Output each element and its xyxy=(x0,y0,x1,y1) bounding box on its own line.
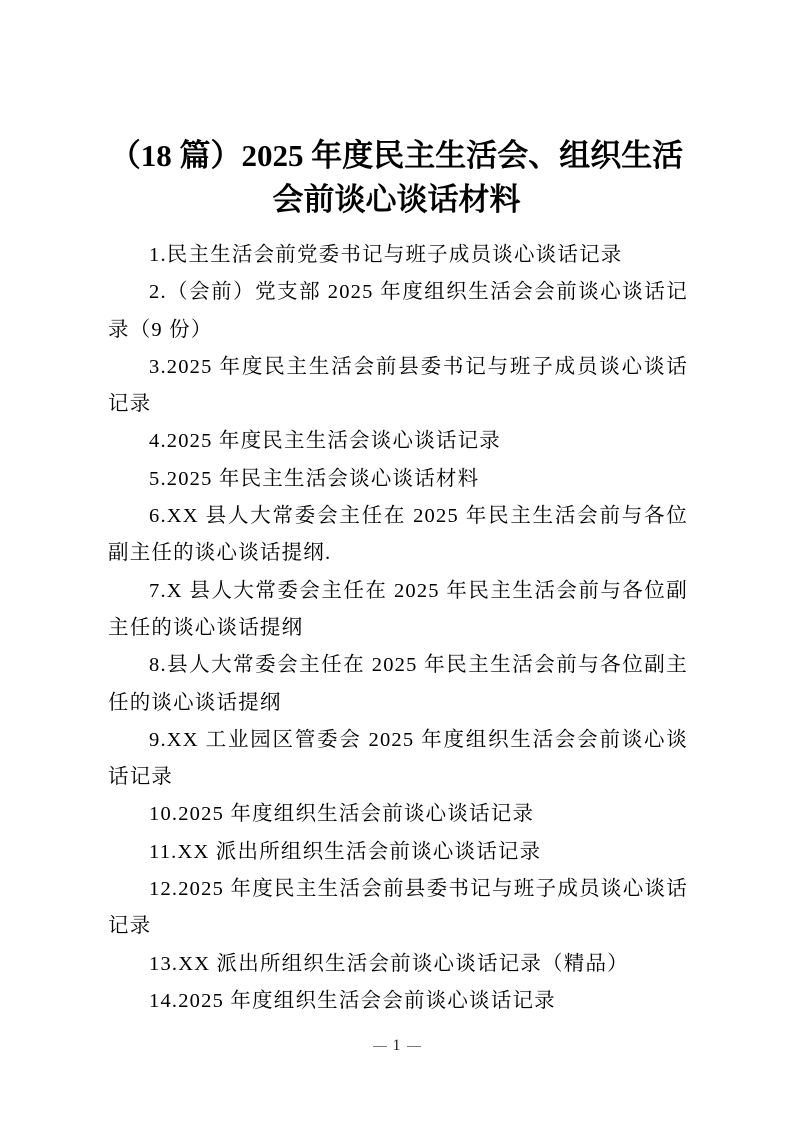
list-item-6: 6.XX 县人大常委会主任在 2025 年民主生活会前与各位副主任的谈心谈话提纲… xyxy=(108,498,688,573)
list-item-8: 8.县人大常委会主任在 2025 年民主生活会前与各位副主任的谈心谈话提纲 xyxy=(108,647,688,722)
list-item-2: 2.（会前）党支部 2025 年度组织生活会会前谈心谈话记录（9 份） xyxy=(108,274,688,349)
list-item-13: 13.XX 派出所组织生活会前谈心谈话记录（精品） xyxy=(108,946,688,983)
document-title: （18 篇）2025 年度民主生活会、组织生活 会前谈心谈话材料 xyxy=(100,134,693,222)
title-line-1: （18 篇）2025 年度民主生活会、组织生活 xyxy=(100,134,693,178)
list-item-7: 7.X 县人大常委会主任在 2025 年民主生活会前与各位副主任的谈心谈话提纲 xyxy=(108,573,688,648)
dash-left xyxy=(373,1046,387,1047)
list-item-11: 11.XX 派出所组织生活会前谈心谈话记录 xyxy=(108,834,688,871)
list-item-3: 3.2025 年度民主生活会前县委书记与班子成员谈心谈话记录 xyxy=(108,349,688,424)
list-item-14: 14.2025 年度组织生活会会前谈心谈话记录 xyxy=(108,983,688,1020)
contents-list: 1.民主生活会前党委书记与班子成员谈心谈话记录 2.（会前）党支部 2025 年… xyxy=(108,237,688,1020)
dash-right xyxy=(407,1046,421,1047)
list-item-9: 9.XX 工业园区管委会 2025 年度组织生活会会前谈心谈话记录 xyxy=(108,722,688,797)
list-item-4: 4.2025 年度民主生活会谈心谈话记录 xyxy=(108,423,688,460)
page-number: 1 xyxy=(393,1037,401,1054)
list-item-10: 10.2025 年度组织生活会前谈心谈话记录 xyxy=(108,796,688,833)
document-page: （18 篇）2025 年度民主生活会、组织生活 会前谈心谈话材料 1.民主生活会… xyxy=(0,0,793,1122)
list-item-1: 1.民主生活会前党委书记与班子成员谈心谈话记录 xyxy=(108,237,688,274)
title-line-2: 会前谈心谈话材料 xyxy=(100,178,693,222)
list-item-5: 5.2025 年民主生活会谈心谈话材料 xyxy=(108,461,688,498)
page-footer: 1 xyxy=(0,1036,793,1056)
list-item-12: 12.2025 年度民主生活会前县委书记与班子成员谈心谈话记录 xyxy=(108,871,688,946)
